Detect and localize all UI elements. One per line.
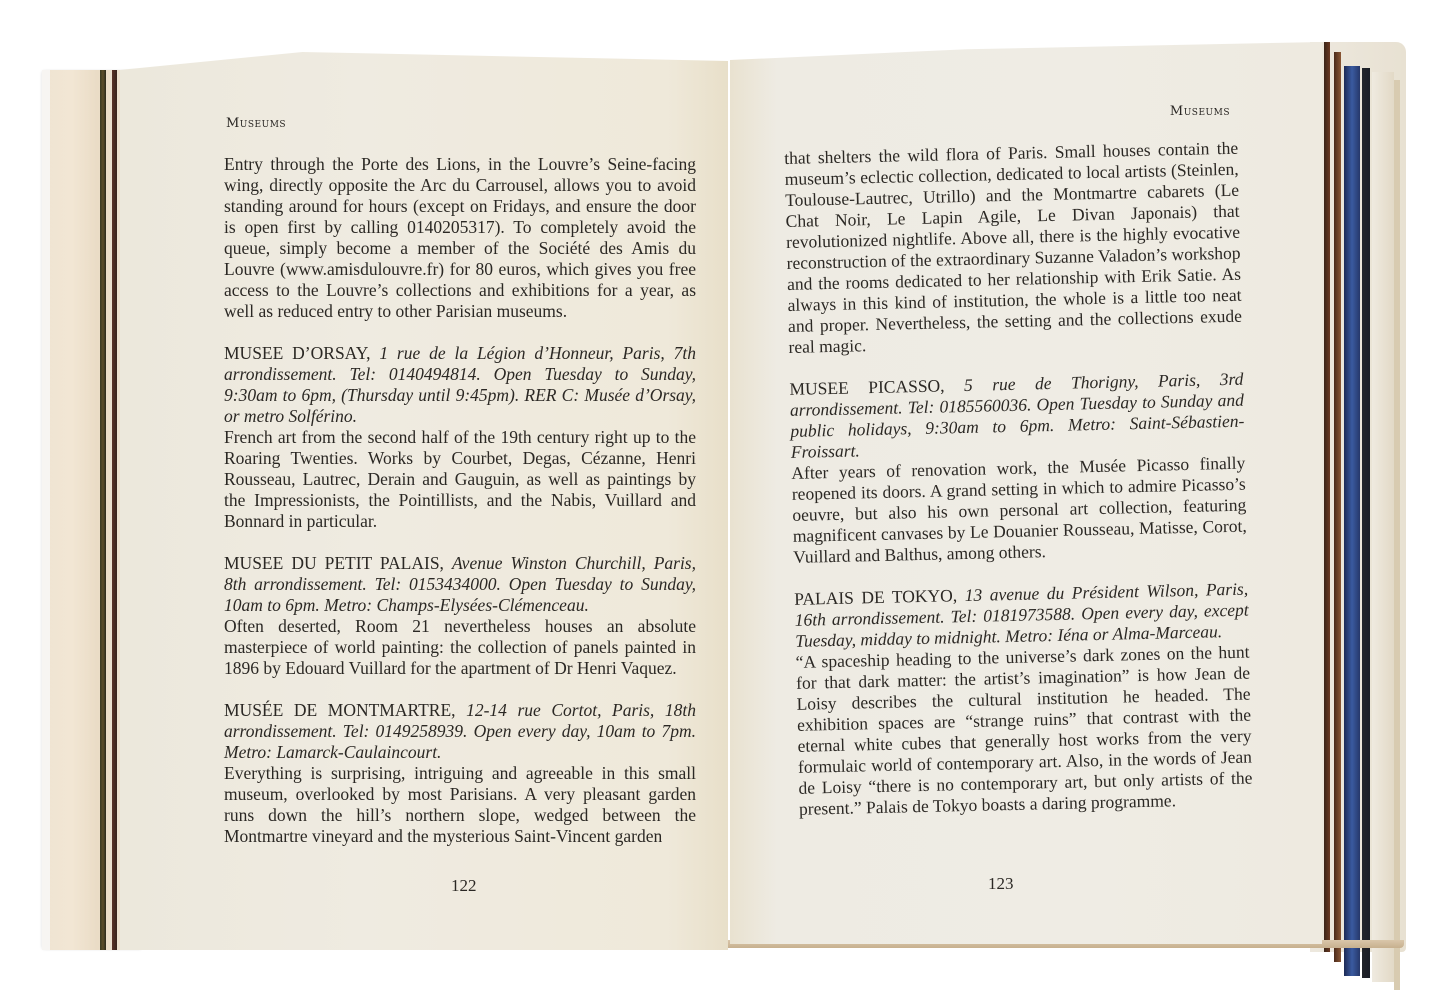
open-book: Museums Entry through the Porte des Lion… bbox=[0, 0, 1445, 994]
entry-title: MUSÉE DE MONTMARTRE, bbox=[224, 700, 456, 720]
entry-title: MUSEE PICASSO, bbox=[789, 375, 945, 399]
museum-entry-orsay: MUSEE D’ORSAY, 1 rue de la Légion d’Honn… bbox=[224, 343, 696, 532]
entry-description: “A spaceship heading to the universe’s d… bbox=[795, 642, 1253, 820]
museum-entry-picasso: MUSEE PICASSO, 5 rue de Thorigny, Paris,… bbox=[789, 369, 1247, 568]
page-number: 123 bbox=[988, 874, 1014, 894]
entry-title: PALAIS DE TOKYO, bbox=[794, 585, 957, 609]
running-head: Museums bbox=[1170, 104, 1230, 119]
colored-plate-edge bbox=[100, 70, 106, 950]
right-page-block-edge bbox=[1310, 42, 1406, 952]
entry-title: MUSEE DU PETIT PALAIS, bbox=[224, 553, 444, 573]
entry-description: Everything is surprising, intriguing and… bbox=[224, 763, 696, 847]
entry-description: French art from the second half of the 1… bbox=[224, 427, 696, 532]
colored-plate-edge bbox=[1344, 66, 1360, 976]
page-body: that shelters the wild flora of Paris. S… bbox=[784, 138, 1253, 820]
page-body: Entry through the Porte des Lions, in th… bbox=[224, 154, 696, 847]
entry-title: MUSEE D’ORSAY, bbox=[224, 343, 370, 363]
colored-plate-edge bbox=[1334, 52, 1341, 962]
page-stack-edge bbox=[1372, 72, 1394, 982]
intro-paragraph: Entry through the Porte des Lions, in th… bbox=[224, 154, 696, 322]
colored-plate-edge bbox=[1324, 42, 1330, 952]
entry-description: Often deserted, Room 21 nevertheless hou… bbox=[224, 616, 696, 679]
running-head: Museums bbox=[226, 116, 286, 131]
colored-plate-edge bbox=[112, 70, 117, 950]
museum-entry-montmartre: MUSÉE DE MONTMARTRE, 12-14 rue Cortot, P… bbox=[224, 700, 696, 847]
page-number: 122 bbox=[451, 876, 477, 896]
museum-entry-petit-palais: MUSEE DU PETIT PALAIS, Avenue Winston Ch… bbox=[224, 553, 696, 679]
left-page: Museums Entry through the Porte des Lion… bbox=[120, 52, 728, 950]
continuation-paragraph: that shelters the wild flora of Paris. S… bbox=[784, 138, 1243, 358]
museum-entry-palais-de-tokyo: PALAIS DE TOKYO, 13 avenue du Président … bbox=[794, 579, 1253, 820]
colored-plate-edge bbox=[1362, 68, 1370, 978]
right-page: Museums that shelters the wild flora of … bbox=[730, 42, 1322, 944]
entry-description: After years of renovation work, the Musé… bbox=[791, 453, 1247, 568]
cover-edge bbox=[42, 70, 50, 950]
cover-edge bbox=[1394, 80, 1400, 990]
